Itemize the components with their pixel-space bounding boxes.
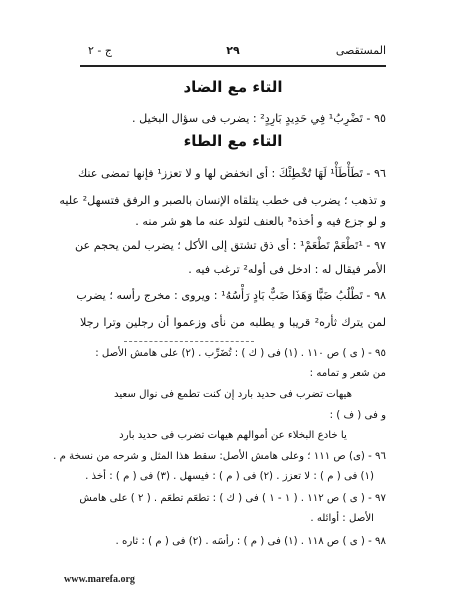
page-header: المستقصى ٢٩ ج - ٢ (80, 44, 386, 60)
footnote-line: (١) فى ( م ) : لا تعزز . (٢) فى ( م ) : … (80, 471, 386, 482)
entry-98-line: ٩٨ - تَطْلُبُ ضَبًّا وَهَذَا ضَبٌّ بَادٍ… (80, 289, 386, 302)
entry-96-line: ٩٦ - تَطَأْطَأْ¹ لَهَا تُخْطِئْكَ : أى ا… (80, 167, 386, 180)
entry-97-line: ٩٧ - ¹تَطْعَمْ تَطْعَمْ¹ : أى ذق تشتق إل… (80, 239, 386, 252)
footnote-line: ٩٥ - ( ى ) ص ١١٠ . (١) فى ( ك ) : تُضَرِ… (80, 348, 386, 359)
entry-98-line: لمن يترك ثأره² قريبا و يطلبه من نأى وزعم… (80, 316, 386, 329)
footnote-verse: هيهات تضرب فى حديد بارد إن كنت تطمع فى ن… (80, 389, 386, 400)
section-title: التاء مع الطاء (80, 132, 386, 150)
footnote-line: ٩٨ - ( ى ) ص ١١٨ . (١) فى ( م ) : رأسَه … (80, 536, 386, 547)
entry-95-line: ٩٥ - تَضْرِبُ¹ فِي حَدِيدٍ بَارِدٍ² : يض… (80, 112, 386, 125)
footnote-line: من شعر و تمامه : (80, 368, 386, 379)
header-rule (80, 65, 386, 67)
volume-label: ج - ٢ (88, 44, 112, 57)
entry-96-line: و لو جزع فيه و أخذه³ بالعنف لتولد عنه ما… (80, 215, 386, 228)
watermark: www.marefa.org (64, 574, 135, 585)
page-number: ٢٩ (80, 44, 386, 57)
document-page: المستقصى ٢٩ ج - ٢ التاء مع الضاد ٩٥ - تَ… (80, 0, 386, 599)
footnote-verse: يا خادع البخلاء عن أموالهم هيهات تضرب فى… (80, 430, 386, 441)
footnote-line: ٩٧ - ( ى ) ص ١١٢ . ( ١ - ١ ) فى ( ك ) : … (80, 493, 386, 504)
footnote-line: ٩٦ - (ى) ص ١١١ ؛ وعلى هامش الأصل: سقط هذ… (80, 451, 386, 462)
entry-97-line: الأمر فيقال له : ادخل فى أوله² ترغب فيه … (80, 263, 386, 276)
section-title: التاء مع الضاد (80, 78, 386, 96)
entry-96-line: و تذهب ؛ يضرب فى خطب يتلقاه الإنسان بالص… (80, 194, 386, 207)
footnote-separator (124, 341, 254, 342)
footnote-line: و فى ( ف ) : (80, 410, 386, 421)
footnote-line: الأصل : أوائله . (80, 513, 386, 524)
